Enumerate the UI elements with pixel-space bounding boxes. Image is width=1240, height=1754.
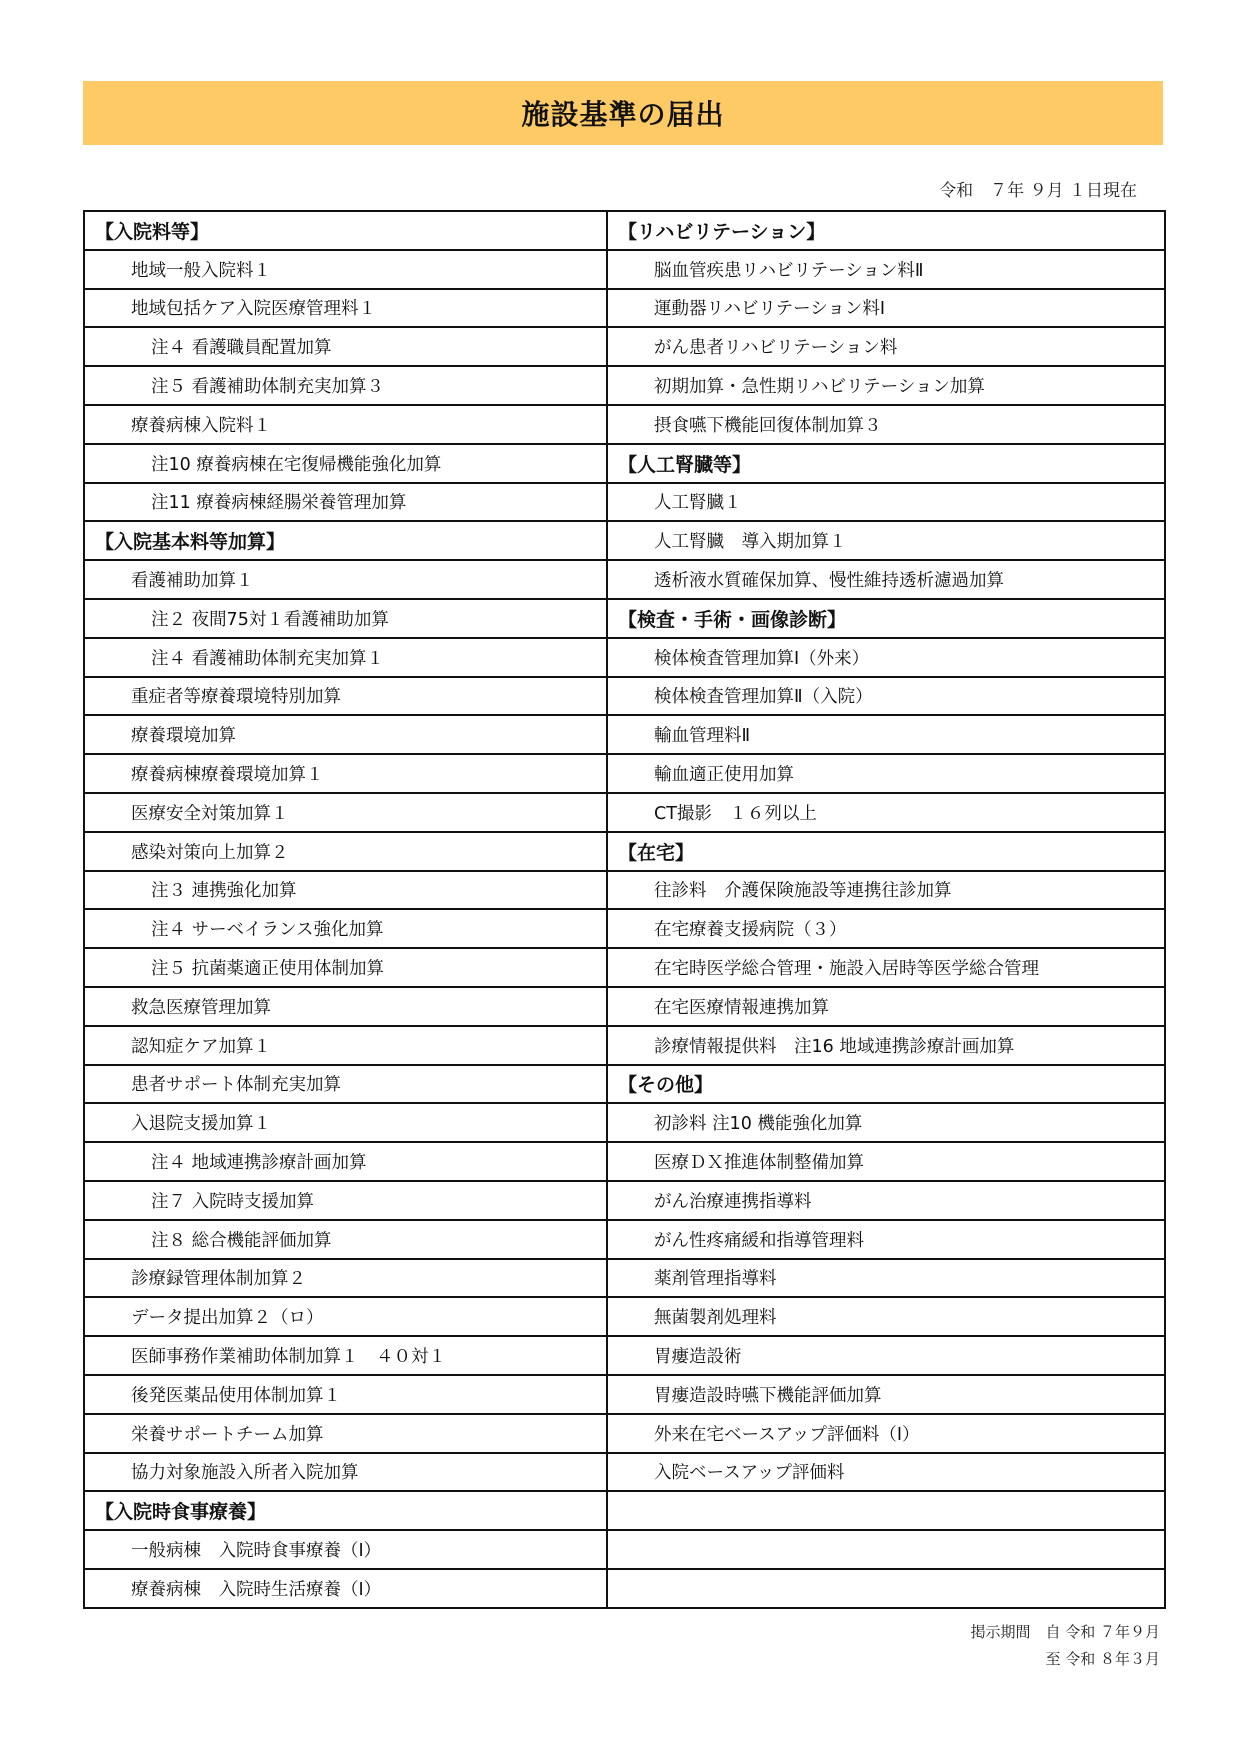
right-cell: 在宅療養支援病院（３） <box>607 909 1165 948</box>
standard-item: 後発医薬品使用体制加算１ <box>85 1382 606 1407</box>
standard-item: 医療ＤＸ推進体制整備加算 <box>608 1149 1164 1174</box>
as-of-date: 令和 ７年 ９月 １日現在 <box>939 176 1137 201</box>
table-row: 療養病棟入院料１摂食嚥下機能回復体制加算３ <box>84 405 1165 444</box>
standard-item: 注11 療養病棟経腸栄養管理加算 <box>85 489 606 514</box>
standard-item: 医療安全対策加算１ <box>85 800 606 825</box>
left-cell: 【入院料等】 <box>84 211 607 250</box>
standard-item: 入院ベースアップ評価料 <box>608 1459 1164 1484</box>
left-cell: 【入院基本料等加算】 <box>84 521 607 560</box>
left-cell: 感染対策向上加算２ <box>84 832 607 871</box>
table-row: 注３ 連携強化加算往診料 介護保険施設等連携往診加算 <box>84 871 1165 910</box>
section-heading: 【検査・手術・画像診断】 <box>608 605 1164 632</box>
table-row: 療養病棟療養環境加算１輸血適正使用加算 <box>84 754 1165 793</box>
right-cell: 運動器リハビリテーション料Ⅰ <box>607 289 1165 328</box>
left-cell: 協力対象施設入所者入院加算 <box>84 1453 607 1492</box>
left-cell: 注２ 夜間75対１看護補助加算 <box>84 599 607 638</box>
standard-item: 輸血適正使用加算 <box>608 761 1164 786</box>
section-heading: 【リハビリテーション】 <box>608 217 1164 244</box>
table-row: 一般病棟 入院時食事療養（Ⅰ） <box>84 1530 1165 1569</box>
section-heading: 【その他】 <box>608 1070 1164 1097</box>
right-cell: 在宅医療情報連携加算 <box>607 987 1165 1026</box>
standard-item: 初診料 注10 機能強化加算 <box>608 1110 1164 1135</box>
standard-item: 注４ 看護職員配置加算 <box>85 334 606 359</box>
left-cell: 地域包括ケア入院医療管理料１ <box>84 289 607 328</box>
table-row: 入退院支援加算１初診料 注10 機能強化加算 <box>84 1103 1165 1142</box>
left-cell: 注４ 地域連携診療計画加算 <box>84 1142 607 1181</box>
right-cell: 無菌製剤処理料 <box>607 1297 1165 1336</box>
standard-item: 注８ 総合機能評価加算 <box>85 1227 606 1252</box>
section-heading: 【入院料等】 <box>85 217 606 244</box>
standard-item: 注10 療養病棟在宅復帰機能強化加算 <box>85 451 606 476</box>
standard-item: がん性疼痛緩和指導管理料 <box>608 1227 1164 1252</box>
table-row: 医師事務作業補助体制加算１ ４０対１胃瘻造設術 <box>84 1336 1165 1375</box>
right-cell: 医療ＤＸ推進体制整備加算 <box>607 1142 1165 1181</box>
standard-item: 協力対象施設入所者入院加算 <box>85 1459 606 1484</box>
standard-item: 初期加算・急性期リハビリテーション加算 <box>608 373 1164 398</box>
right-cell: 外来在宅ベースアップ評価料（Ⅰ） <box>607 1414 1165 1453</box>
table-row: 地域一般入院料１脳血管疾患リハビリテーション料Ⅱ <box>84 250 1165 289</box>
left-cell: 栄養サポートチーム加算 <box>84 1414 607 1453</box>
left-cell: 一般病棟 入院時食事療養（Ⅰ） <box>84 1530 607 1569</box>
section-heading: 【入院時食事療養】 <box>85 1497 606 1524</box>
table-row: 注８ 総合機能評価加算がん性疼痛緩和指導管理料 <box>84 1220 1165 1259</box>
section-heading: 【人工腎臓等】 <box>608 450 1164 477</box>
standard-item: 看護補助加算１ <box>85 567 606 592</box>
left-cell: 看護補助加算１ <box>84 560 607 599</box>
right-cell: 薬剤管理指導料 <box>607 1259 1165 1298</box>
standard-item: CT撮影 １６列以上 <box>608 800 1164 825</box>
right-cell: CT撮影 １６列以上 <box>607 793 1165 832</box>
standard-item: 脳血管疾患リハビリテーション料Ⅱ <box>608 257 1164 282</box>
standard-item: 診療録管理体制加算２ <box>85 1265 606 1290</box>
left-cell: 重症者等療養環境特別加算 <box>84 677 607 716</box>
facility-standards-table: 【入院料等】【リハビリテーション】地域一般入院料１脳血管疾患リハビリテーション料… <box>83 210 1166 1609</box>
right-cell: 初診料 注10 機能強化加算 <box>607 1103 1165 1142</box>
left-cell: 注11 療養病棟経腸栄養管理加算 <box>84 483 607 522</box>
table-row: 注10 療養病棟在宅復帰機能強化加算【人工腎臓等】 <box>84 444 1165 483</box>
standard-item: 胃瘻造設術 <box>608 1343 1164 1368</box>
standard-item: 注２ 夜間75対１看護補助加算 <box>85 606 606 631</box>
standard-item: 注５ 抗菌薬適正使用体制加算 <box>85 955 606 980</box>
standard-item: データ提出加算２（ロ） <box>85 1304 606 1329</box>
right-cell <box>607 1491 1165 1530</box>
standard-item: 注７ 入院時支援加算 <box>85 1188 606 1213</box>
left-cell: 療養病棟療養環境加算１ <box>84 754 607 793</box>
standard-item: 検体検査管理加算Ⅰ（外来） <box>608 645 1164 670</box>
left-cell: 後発医薬品使用体制加算１ <box>84 1375 607 1414</box>
left-cell: 救急医療管理加算 <box>84 987 607 1026</box>
page-title: 施設基準の届出 <box>521 93 724 133</box>
standard-item: 往診料 介護保険施設等連携往診加算 <box>608 877 1164 902</box>
left-cell: データ提出加算２（ロ） <box>84 1297 607 1336</box>
standard-item: 注３ 連携強化加算 <box>85 877 606 902</box>
standard-item: 摂食嚥下機能回復体制加算３ <box>608 412 1164 437</box>
standard-item: 注４ サーベイランス強化加算 <box>85 916 606 941</box>
table-row: 注４ 地域連携診療計画加算医療ＤＸ推進体制整備加算 <box>84 1142 1165 1181</box>
title-bar: 施設基準の届出 <box>83 81 1163 145</box>
table-row: 注４ サーベイランス強化加算在宅療養支援病院（３） <box>84 909 1165 948</box>
table-row: 感染対策向上加算２【在宅】 <box>84 832 1165 871</box>
table-row: 栄養サポートチーム加算外来在宅ベースアップ評価料（Ⅰ） <box>84 1414 1165 1453</box>
right-cell: 【その他】 <box>607 1065 1165 1104</box>
standard-item: 入退院支援加算１ <box>85 1110 606 1135</box>
table-row: 重症者等療養環境特別加算検体検査管理加算Ⅱ（入院） <box>84 677 1165 716</box>
standard-item: 注５ 看護補助体制充実加算３ <box>85 373 606 398</box>
posting-period-from: 掲示期間 自 令和 ７年９月 <box>970 1619 1160 1646</box>
standard-item: 外来在宅ベースアップ評価料（Ⅰ） <box>608 1421 1164 1446</box>
table-row: 診療録管理体制加算２薬剤管理指導料 <box>84 1259 1165 1298</box>
left-cell: 入退院支援加算１ <box>84 1103 607 1142</box>
right-cell: 人工腎臓 導入期加算１ <box>607 521 1165 560</box>
left-cell: 注10 療養病棟在宅復帰機能強化加算 <box>84 444 607 483</box>
right-cell: 人工腎臓１ <box>607 483 1165 522</box>
table-row: 認知症ケア加算１診療情報提供料 注16 地域連携診療計画加算 <box>84 1026 1165 1065</box>
standard-item: 療養病棟療養環境加算１ <box>85 761 606 786</box>
standard-item: 胃瘻造設時嚥下機能評価加算 <box>608 1382 1164 1407</box>
standard-item: 重症者等療養環境特別加算 <box>85 683 606 708</box>
right-cell: 初期加算・急性期リハビリテーション加算 <box>607 366 1165 405</box>
table-row: 患者サポート体制充実加算【その他】 <box>84 1065 1165 1104</box>
standard-item: 運動器リハビリテーション料Ⅰ <box>608 295 1164 320</box>
table-row: 看護補助加算１透析液水質確保加算、慢性維持透析濾過加算 <box>84 560 1165 599</box>
left-cell: 療養病棟入院料１ <box>84 405 607 444</box>
left-cell: 【入院時食事療養】 <box>84 1491 607 1530</box>
standard-item: 地域包括ケア入院医療管理料１ <box>85 295 606 320</box>
standard-item: 透析液水質確保加算、慢性維持透析濾過加算 <box>608 567 1164 592</box>
standard-item: 地域一般入院料１ <box>85 257 606 282</box>
right-cell: 検体検査管理加算Ⅰ（外来） <box>607 638 1165 677</box>
left-cell: 療養環境加算 <box>84 715 607 754</box>
standard-item: がん治療連携指導料 <box>608 1188 1164 1213</box>
standard-item: 栄養サポートチーム加算 <box>85 1421 606 1446</box>
right-cell: 胃瘻造設時嚥下機能評価加算 <box>607 1375 1165 1414</box>
left-cell: 注５ 抗菌薬適正使用体制加算 <box>84 948 607 987</box>
left-cell: 患者サポート体制充実加算 <box>84 1065 607 1104</box>
table-row: 注７ 入院時支援加算がん治療連携指導料 <box>84 1181 1165 1220</box>
table-row: 医療安全対策加算１CT撮影 １６列以上 <box>84 793 1165 832</box>
left-cell: 認知症ケア加算１ <box>84 1026 607 1065</box>
table-row: 注５ 抗菌薬適正使用体制加算在宅時医学総合管理・施設入居時等医学総合管理 <box>84 948 1165 987</box>
right-cell: 透析液水質確保加算、慢性維持透析濾過加算 <box>607 560 1165 599</box>
section-heading: 【在宅】 <box>608 838 1164 865</box>
standard-item: 救急医療管理加算 <box>85 994 606 1019</box>
right-cell: 摂食嚥下機能回復体制加算３ <box>607 405 1165 444</box>
standard-item: 医師事務作業補助体制加算１ ４０対１ <box>85 1343 606 1368</box>
right-cell <box>607 1530 1165 1569</box>
table-row: 協力対象施設入所者入院加算入院ベースアップ評価料 <box>84 1453 1165 1492</box>
right-cell: 輸血管理料Ⅱ <box>607 715 1165 754</box>
standard-item: 注４ 地域連携診療計画加算 <box>85 1149 606 1174</box>
section-heading: 【入院基本料等加算】 <box>85 527 606 554</box>
right-cell: 【在宅】 <box>607 832 1165 871</box>
right-cell: 往診料 介護保険施設等連携往診加算 <box>607 871 1165 910</box>
right-cell <box>607 1569 1165 1608</box>
table-row: 【入院料等】【リハビリテーション】 <box>84 211 1165 250</box>
table-row: 注４ 看護補助体制充実加算１検体検査管理加算Ⅰ（外来） <box>84 638 1165 677</box>
standard-item: 在宅医療情報連携加算 <box>608 994 1164 1019</box>
standard-item: 感染対策向上加算２ <box>85 839 606 864</box>
right-cell: 【検査・手術・画像診断】 <box>607 599 1165 638</box>
right-cell: がん患者リハビリテーション料 <box>607 327 1165 366</box>
standard-item: 薬剤管理指導料 <box>608 1265 1164 1290</box>
right-cell: 輸血適正使用加算 <box>607 754 1165 793</box>
right-cell: 【リハビリテーション】 <box>607 211 1165 250</box>
table-row: 療養病棟 入院時生活療養（Ⅰ） <box>84 1569 1165 1608</box>
standard-item: 輸血管理料Ⅱ <box>608 722 1164 747</box>
table-row: 救急医療管理加算在宅医療情報連携加算 <box>84 987 1165 1026</box>
standard-item: 認知症ケア加算１ <box>85 1033 606 1058</box>
table-row: 注４ 看護職員配置加算がん患者リハビリテーション料 <box>84 327 1165 366</box>
standard-item: 療養病棟入院料１ <box>85 412 606 437</box>
standard-item: 人工腎臓 導入期加算１ <box>608 528 1164 553</box>
left-cell: 注７ 入院時支援加算 <box>84 1181 607 1220</box>
left-cell: 地域一般入院料１ <box>84 250 607 289</box>
table-row: 地域包括ケア入院医療管理料１運動器リハビリテーション料Ⅰ <box>84 289 1165 328</box>
table-row: 注11 療養病棟経腸栄養管理加算人工腎臓１ <box>84 483 1165 522</box>
standard-item: 患者サポート体制充実加算 <box>85 1071 606 1096</box>
standard-item: 検体検査管理加算Ⅱ（入院） <box>608 683 1164 708</box>
right-cell: 【人工腎臓等】 <box>607 444 1165 483</box>
left-cell: 注４ 看護職員配置加算 <box>84 327 607 366</box>
right-cell: 胃瘻造設術 <box>607 1336 1165 1375</box>
left-cell: 医師事務作業補助体制加算１ ４０対１ <box>84 1336 607 1375</box>
posting-period: 掲示期間 自 令和 ７年９月至 令和 ８年３月 <box>970 1619 1160 1673</box>
left-cell: 注４ サーベイランス強化加算 <box>84 909 607 948</box>
left-cell: 注４ 看護補助体制充実加算１ <box>84 638 607 677</box>
table-row: 注２ 夜間75対１看護補助加算【検査・手術・画像診断】 <box>84 599 1165 638</box>
table-row: 療養環境加算輸血管理料Ⅱ <box>84 715 1165 754</box>
table-row: 【入院基本料等加算】人工腎臓 導入期加算１ <box>84 521 1165 560</box>
right-cell: 診療情報提供料 注16 地域連携診療計画加算 <box>607 1026 1165 1065</box>
left-cell: 注８ 総合機能評価加算 <box>84 1220 607 1259</box>
right-cell: 在宅時医学総合管理・施設入居時等医学総合管理 <box>607 948 1165 987</box>
right-cell: 脳血管疾患リハビリテーション料Ⅱ <box>607 250 1165 289</box>
left-cell: 診療録管理体制加算２ <box>84 1259 607 1298</box>
posting-period-to: 至 令和 ８年３月 <box>970 1646 1160 1673</box>
table-row: データ提出加算２（ロ）無菌製剤処理料 <box>84 1297 1165 1336</box>
left-cell: 医療安全対策加算１ <box>84 793 607 832</box>
table-row: 注５ 看護補助体制充実加算３初期加算・急性期リハビリテーション加算 <box>84 366 1165 405</box>
right-cell: がん性疼痛緩和指導管理料 <box>607 1220 1165 1259</box>
standard-item: 在宅療養支援病院（３） <box>608 916 1164 941</box>
right-cell: 検体検査管理加算Ⅱ（入院） <box>607 677 1165 716</box>
standard-item: 診療情報提供料 注16 地域連携診療計画加算 <box>608 1033 1164 1058</box>
right-cell: がん治療連携指導料 <box>607 1181 1165 1220</box>
standard-item: 療養病棟 入院時生活療養（Ⅰ） <box>85 1576 606 1601</box>
left-cell: 注３ 連携強化加算 <box>84 871 607 910</box>
right-cell: 入院ベースアップ評価料 <box>607 1453 1165 1492</box>
standard-item: がん患者リハビリテーション料 <box>608 334 1164 359</box>
standard-item: 一般病棟 入院時食事療養（Ⅰ） <box>85 1537 606 1562</box>
standard-item: 人工腎臓１ <box>608 489 1164 514</box>
table-row: 【入院時食事療養】 <box>84 1491 1165 1530</box>
left-cell: 注５ 看護補助体制充実加算３ <box>84 366 607 405</box>
standard-item: 注４ 看護補助体制充実加算１ <box>85 645 606 670</box>
table-row: 後発医薬品使用体制加算１胃瘻造設時嚥下機能評価加算 <box>84 1375 1165 1414</box>
standard-item: 無菌製剤処理料 <box>608 1304 1164 1329</box>
left-cell: 療養病棟 入院時生活療養（Ⅰ） <box>84 1569 607 1608</box>
standard-item: 療養環境加算 <box>85 722 606 747</box>
standard-item: 在宅時医学総合管理・施設入居時等医学総合管理 <box>608 955 1164 980</box>
